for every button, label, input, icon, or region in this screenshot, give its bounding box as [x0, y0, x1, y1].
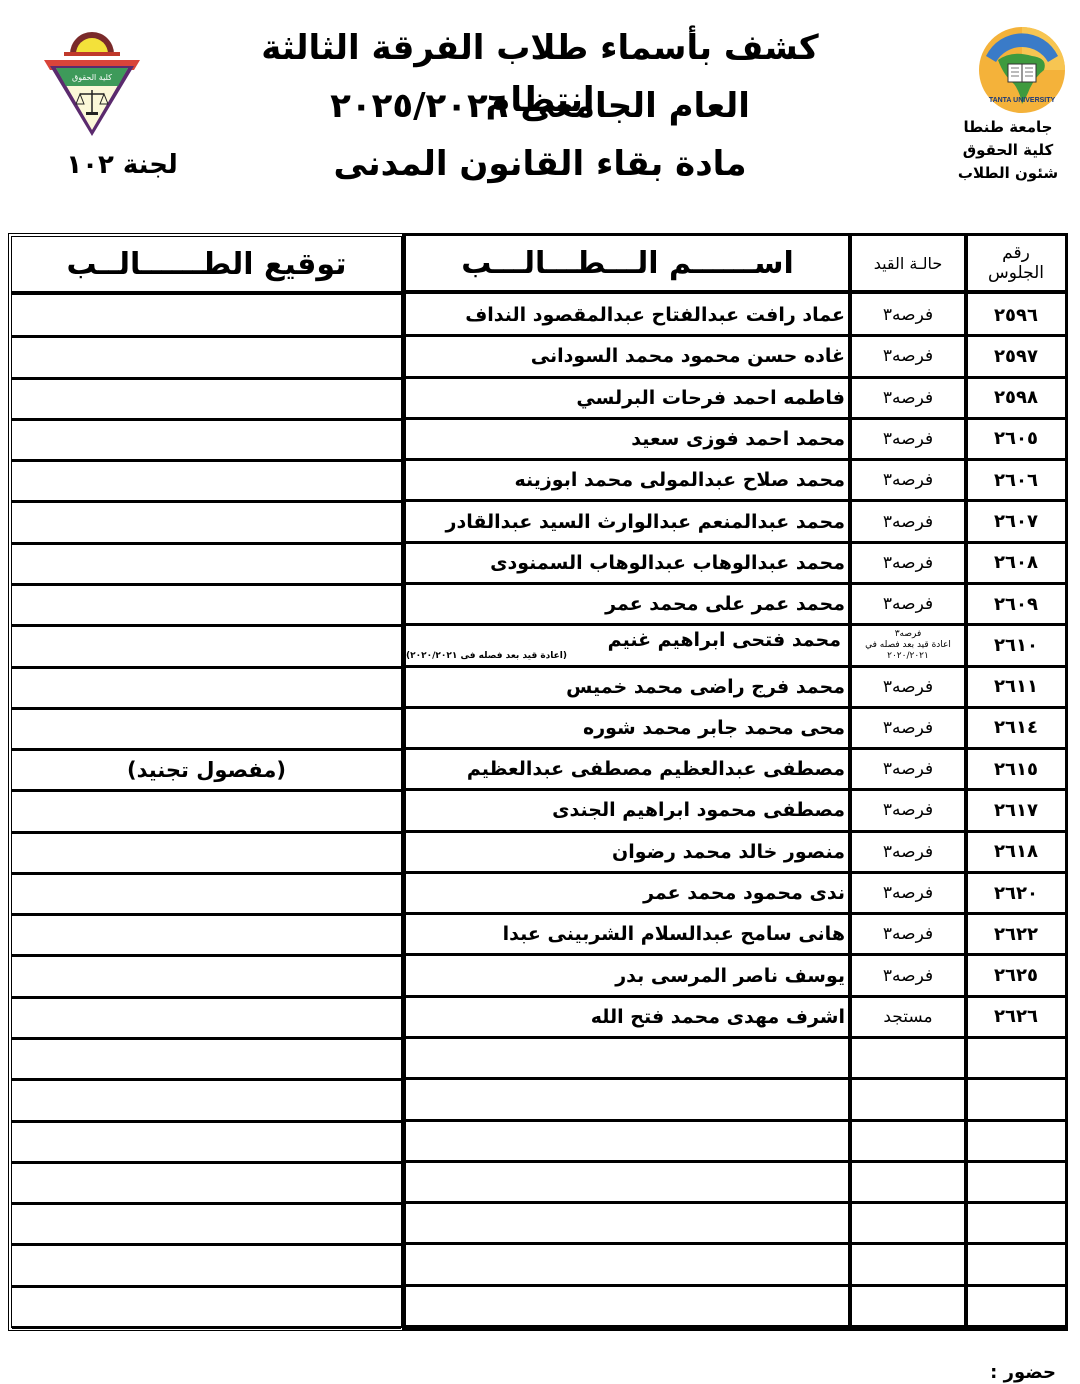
- seat-number-cell: ٢٥٩٧: [967, 337, 1065, 378]
- student-name-cell: يوسف ناصر المرسى بدر: [406, 956, 849, 997]
- university-name: جامعة طنطا: [948, 116, 1068, 139]
- seat-number: ٢٦١٧: [994, 800, 1038, 821]
- student-signature-cell[interactable]: (مفصول تجنيد): [12, 751, 401, 792]
- student-signature-cell[interactable]: [12, 421, 401, 462]
- student-name: يوسف ناصر المرسى بدر: [406, 965, 849, 987]
- student-signature-cell[interactable]: [12, 545, 401, 586]
- seat-number-header: رقم الجلوس: [967, 236, 1065, 294]
- seat-number-cell: ٢٦١٥: [967, 750, 1065, 791]
- student-name-column: اســــــم الـــطـــالـــب عماد رافت عبدا…: [402, 233, 852, 1331]
- enrollment-status-cell: [851, 1039, 965, 1080]
- seat-number-cell: [967, 1245, 1065, 1286]
- student-name-cell: محمد عبدالمنعم عبدالوارث السيد عبدالقادر: [406, 502, 849, 543]
- enrollment-status-cell: [851, 1122, 965, 1163]
- svg-text:TANTA UNIVERSITY: TANTA UNIVERSITY: [989, 97, 1056, 104]
- student-name-cell: عماد رافت عبدالفتاح عبدالمقصود النداف: [406, 296, 849, 337]
- seat-number-cell: ٢٦٠٦: [967, 461, 1065, 502]
- enrollment-status: فرصه٣: [883, 429, 933, 449]
- student-signature-cell[interactable]: [12, 957, 401, 998]
- faculty-of-law-logo-icon: كلية الحقوق: [42, 30, 142, 140]
- seat-number: ٢٦٠٥: [994, 428, 1038, 449]
- student-name-cell: [406, 1245, 849, 1286]
- student-signature-cell[interactable]: [12, 338, 401, 379]
- enrollment-status: فرصه٣: [883, 594, 933, 614]
- student-signature-cell[interactable]: [12, 669, 401, 710]
- faculty-name: كلية الحقوق: [948, 139, 1068, 162]
- student-name: محمد عبدالمنعم عبدالوارث السيد عبدالقادر: [406, 511, 849, 533]
- student-name: محمد فتحى ابراهيم غنيم: [406, 629, 845, 651]
- seat-number: ٢٦٠٨: [994, 552, 1038, 573]
- seat-number-cell: ٢٦١١: [967, 668, 1065, 709]
- seat-number: ٢٦١٨: [994, 841, 1038, 862]
- enrollment-status: فرصه٣: [883, 842, 933, 862]
- student-name: محمد احمد فوزى سعيد: [406, 428, 849, 450]
- enrollment-status-cell: فرصه٣: [851, 709, 965, 750]
- seat-number-cell: ٢٦٠٧: [967, 502, 1065, 543]
- seat-number-cell: ٢٦٢٦: [967, 998, 1065, 1039]
- enrollment-status: فرصه٣: [883, 346, 933, 366]
- student-name-cell: محمد فتحى ابراهيم غنيم(اعادة قيد بعد فصل…: [406, 626, 849, 667]
- status-note: فرصه٣: [895, 629, 922, 640]
- student-name: منصور خالد محمد رضوان: [406, 841, 849, 863]
- student-name-cell: اشرف مهدى محمد فتح الله: [406, 998, 849, 1039]
- enrollment-status-header: حالـة القيد: [851, 236, 965, 294]
- student-signature-cell[interactable]: [12, 1081, 401, 1122]
- seat-number-cell: ٢٥٩٨: [967, 379, 1065, 420]
- tanta-university-logo-icon: TANTA UNIVERSITY: [978, 26, 1066, 114]
- status-note: اعادة قيد بعد فصله في: [865, 640, 951, 651]
- student-name-cell: [406, 1039, 849, 1080]
- enrollment-status-cell: [851, 1080, 965, 1121]
- student-name-note: (اعادة قيد بعد فصله فى ٢٠٢٠/٢٠٢١): [406, 651, 567, 661]
- student-name: مصطفى محمود ابراهيم الجندى: [406, 799, 849, 821]
- seat-number: ٢٦٢٦: [994, 1006, 1038, 1027]
- enrollment-status: مستجد: [883, 1007, 932, 1027]
- document-header: TANTA UNIVERSITY جامعة طنطا كلية الحقوق …: [0, 0, 1080, 220]
- enrollment-status-cell: فرصه٣: [851, 668, 965, 709]
- seat-number-cell: [967, 1204, 1065, 1245]
- student-name-cell: [406, 1204, 849, 1245]
- seat-number-cell: ٢٦٢٢: [967, 915, 1065, 956]
- seat-number: ٢٥٩٧: [994, 346, 1038, 367]
- student-signature-cell[interactable]: [12, 1123, 401, 1164]
- seat-number-cell: ٢٦١٠: [967, 626, 1065, 667]
- student-name-cell: محى محمد جابر محمد شوره: [406, 709, 849, 750]
- student-name-cell: ندى محمود محمد عمر: [406, 874, 849, 915]
- subject-name: مادة بقاء القانون المدنى: [290, 138, 790, 190]
- enrollment-status: فرصه٣: [883, 966, 933, 986]
- seat-number: ٢٥٩٦: [994, 305, 1038, 326]
- student-signature-cell[interactable]: [12, 380, 401, 421]
- student-name-cell: مصطفى محمود ابراهيم الجندى: [406, 791, 849, 832]
- enrollment-status-cell: فرصه٣: [851, 874, 965, 915]
- svg-text:كلية الحقوق: كلية الحقوق: [72, 73, 112, 82]
- student-name: هانى سامح عبدالسلام الشربينى عبدا: [406, 923, 849, 945]
- status-note: ٢٠٢٠/٢٠٢١: [887, 651, 929, 662]
- student-signature-cell[interactable]: [12, 1288, 401, 1329]
- student-name-cell: [406, 1080, 849, 1121]
- seat-number-cell: [967, 1163, 1065, 1204]
- student-signature-cell[interactable]: [12, 462, 401, 503]
- student-name-cell: محمد فرج راضى محمد خميس: [406, 668, 849, 709]
- seat-number: ٢٦٠٩: [994, 594, 1038, 615]
- enrollment-status: فرصه٣: [883, 759, 933, 779]
- seat-number-column: رقم الجلوس ٢٥٩٦٢٥٩٧٢٥٩٨٢٦٠٥٢٦٠٦٢٦٠٧٢٦٠٨٢…: [964, 233, 1068, 1331]
- student-name-cell: غاده حسن محمود محمد السودانى: [406, 337, 849, 378]
- student-signature-cell[interactable]: [12, 792, 401, 833]
- attendance-label: حضور :: [990, 1362, 1056, 1383]
- student-name-cell: فاطمه احمد فرحات البرلسي: [406, 379, 849, 420]
- student-name-cell: محمد عبدالوهاب عبدالوهاب السمنودى: [406, 544, 849, 585]
- seat-number: ٢٦٠٧: [994, 511, 1038, 532]
- seat-number-cell: [967, 1122, 1065, 1163]
- seat-number: ٢٦٢٠: [994, 883, 1038, 904]
- student-name: عماد رافت عبدالفتاح عبدالمقصود النداف: [406, 304, 849, 326]
- signature-note: (مفصول تجنيد): [127, 758, 286, 782]
- student-name-cell: [406, 1122, 849, 1163]
- seat-number: ٢٦٢٥: [994, 965, 1038, 986]
- seat-number-cell: ٢٦٢٥: [967, 956, 1065, 997]
- student-name: محمد عمر على محمد عمر: [406, 593, 849, 615]
- student-name: ندى محمود محمد عمر: [406, 882, 849, 904]
- enrollment-status-cell: فرصه٣: [851, 379, 965, 420]
- student-list-table: رقم الجلوس ٢٥٩٦٢٥٩٧٢٥٩٨٢٦٠٥٢٦٠٦٢٦٠٧٢٦٠٨٢…: [8, 233, 1068, 1331]
- seat-number: ٢٦١٥: [994, 759, 1038, 780]
- seat-number-cell: ٢٦٠٩: [967, 585, 1065, 626]
- enrollment-status-cell: فرصه٣: [851, 915, 965, 956]
- enrollment-status-cell: فرصه٣: [851, 750, 965, 791]
- enrollment-status: فرصه٣: [883, 883, 933, 903]
- seat-number-cell: ٢٦١٨: [967, 833, 1065, 874]
- enrollment-status-cell: [851, 1245, 965, 1286]
- enrollment-status-cell: فرصه٣: [851, 585, 965, 626]
- enrollment-status-cell: فرصه٣: [851, 461, 965, 502]
- student-name: محى محمد جابر محمد شوره: [406, 717, 849, 739]
- department-name: شئون الطلاب: [948, 162, 1068, 185]
- enrollment-status-cell: [851, 1163, 965, 1204]
- enrollment-status: فرصه٣: [883, 677, 933, 697]
- student-name-cell: محمد صلاح عبدالمولى محمد ابوزينه: [406, 461, 849, 502]
- seat-number-cell: [967, 1287, 1065, 1328]
- seat-number-cell: ٢٦٠٨: [967, 544, 1065, 585]
- seat-number: ٢٦٢٢: [994, 924, 1038, 945]
- student-signature-cell[interactable]: [12, 586, 401, 627]
- enrollment-status-column: حالـة القيد فرصه٣فرصه٣فرصه٣فرصه٣فرصه٣فرص…: [848, 233, 968, 1331]
- student-name: محمد فرج راضى محمد خميس: [406, 676, 849, 698]
- seat-number: ٢٥٩٨: [994, 387, 1038, 408]
- academic-year: العام الجامعى ٢٠٢٥/٢٠٢٦: [280, 80, 800, 132]
- student-signature-cell[interactable]: [12, 627, 401, 668]
- enrollment-status: فرصه٣: [883, 512, 933, 532]
- enrollment-status: فرصه٣: [883, 924, 933, 944]
- student-name-cell: هانى سامح عبدالسلام الشربينى عبدا: [406, 915, 849, 956]
- seat-number-cell: ٢٥٩٦: [967, 296, 1065, 337]
- student-signature-cell[interactable]: [12, 297, 401, 338]
- enrollment-status-cell: فرصه٣: [851, 296, 965, 337]
- student-name: غاده حسن محمود محمد السودانى: [406, 345, 849, 367]
- enrollment-status: فرصه٣: [883, 388, 933, 408]
- committee-number: لجنة ١٠٢: [58, 145, 186, 185]
- enrollment-status-cell: [851, 1204, 965, 1245]
- enrollment-status-cell: فرصه٣: [851, 544, 965, 585]
- enrollment-status: فرصه٣: [883, 718, 933, 738]
- enrollment-status-cell: فرصه٣: [851, 337, 965, 378]
- enrollment-status-cell: فرصه٣: [851, 791, 965, 832]
- enrollment-status: فرصه٣: [883, 553, 933, 573]
- enrollment-status-cell: مستجد: [851, 998, 965, 1039]
- enrollment-status-cell: فرصه٣: [851, 502, 965, 543]
- student-signature-column: توقيع الطــــــالــب (مفصول تجنيد): [8, 233, 405, 1331]
- student-name: محمد عبدالوهاب عبدالوهاب السمنودى: [406, 552, 849, 574]
- student-name: اشرف مهدى محمد فتح الله: [406, 1006, 849, 1028]
- university-info: جامعة طنطا كلية الحقوق شئون الطلاب: [948, 116, 1068, 185]
- enrollment-status-cell: فرصه٣: [851, 956, 965, 997]
- student-name-cell: محمد احمد فوزى سعيد: [406, 420, 849, 461]
- student-name: فاطمه احمد فرحات البرلسي: [406, 387, 849, 409]
- student-signature-cell[interactable]: [12, 834, 401, 875]
- seat-number: ٢٦٠٦: [994, 470, 1038, 491]
- seat-number-cell: ٢٦١٤: [967, 709, 1065, 750]
- seat-number-cell: [967, 1080, 1065, 1121]
- student-signature-cell[interactable]: [12, 1205, 401, 1246]
- student-name-cell: منصور خالد محمد رضوان: [406, 833, 849, 874]
- student-name-header: اســــــم الـــطـــالـــب: [406, 236, 849, 294]
- student-signature-cell[interactable]: [12, 710, 401, 751]
- student-signature-cell[interactable]: [12, 1164, 401, 1205]
- enrollment-status: فرصه٣: [883, 470, 933, 490]
- student-signature-cell[interactable]: [12, 875, 401, 916]
- seat-number-cell: ٢٦٠٥: [967, 420, 1065, 461]
- student-signature-cell[interactable]: [12, 1040, 401, 1081]
- enrollment-status-cell: [851, 1287, 965, 1328]
- seat-number: ٢٦١٠: [994, 635, 1038, 656]
- student-signature-cell[interactable]: [12, 1246, 401, 1287]
- student-name: مصطفى عبدالعظيم مصطفى عبدالعظيم: [406, 758, 849, 780]
- student-name: محمد صلاح عبدالمولى محمد ابوزينه: [406, 469, 849, 491]
- enrollment-status: فرصه٣: [883, 800, 933, 820]
- student-signature-cell[interactable]: [12, 503, 401, 544]
- student-signature-header: توقيع الطــــــالــب: [12, 237, 401, 295]
- student-name-cell: مصطفى عبدالعظيم مصطفى عبدالعظيم: [406, 750, 849, 791]
- student-name-cell: [406, 1287, 849, 1328]
- seat-number-cell: ٢٦١٧: [967, 791, 1065, 832]
- enrollment-status-cell: فرصه٣: [851, 833, 965, 874]
- student-signature-cell[interactable]: [12, 999, 401, 1040]
- student-name-cell: [406, 1163, 849, 1204]
- seat-number-cell: ٢٦٢٠: [967, 874, 1065, 915]
- enrollment-status: فرصه٣: [883, 305, 933, 325]
- student-name-cell: محمد عمر على محمد عمر: [406, 585, 849, 626]
- enrollment-status-cell: فرصه٣اعادة قيد بعد فصله في٢٠٢٠/٢٠٢١: [851, 626, 965, 667]
- seat-number: ٢٦١١: [994, 676, 1038, 697]
- seat-number: ٢٦١٤: [994, 717, 1038, 738]
- seat-number-cell: [967, 1039, 1065, 1080]
- enrollment-status-cell: فرصه٣: [851, 420, 965, 461]
- student-signature-cell[interactable]: [12, 916, 401, 957]
